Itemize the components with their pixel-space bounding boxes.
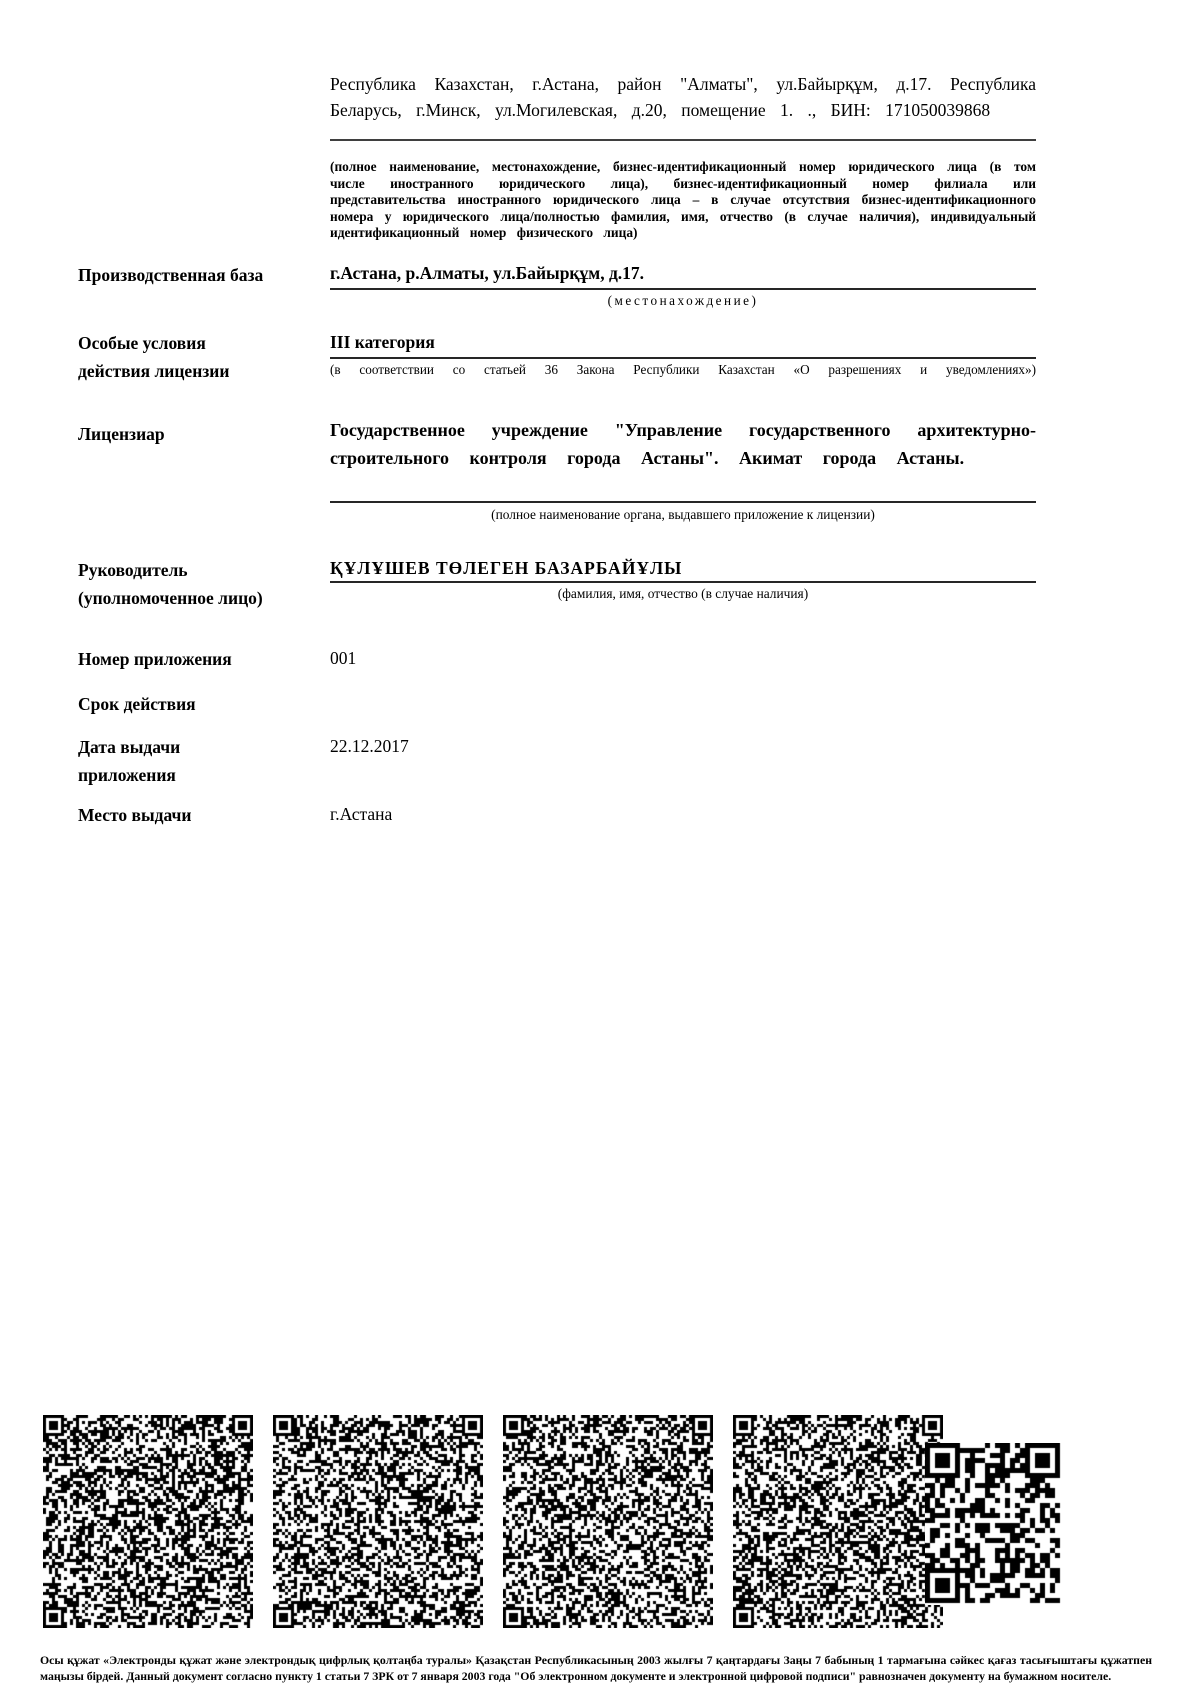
field-value-licensor: Государственное учреждение "Управление г… bbox=[330, 417, 1036, 472]
qr-code bbox=[925, 1443, 1062, 1605]
field-caption-location: (местонахождение) bbox=[330, 293, 1036, 309]
licensee-info-text: Республика Казахстан, г.Астана, район "А… bbox=[330, 71, 1036, 124]
datamatrix-barcode-1 bbox=[43, 1415, 253, 1628]
datamatrix-barcode-4 bbox=[733, 1415, 943, 1628]
field-caption-full-name: (фамилия, имя, отчество (в случае наличи… bbox=[330, 586, 1036, 602]
field-value-issue-place: г.Астана bbox=[330, 801, 1036, 827]
licensee-info-caption: (полное наименование, местонахождение, б… bbox=[330, 159, 1036, 241]
datamatrix-barcode-2 bbox=[273, 1415, 483, 1628]
field-label-validity-period: Срок действия bbox=[78, 690, 338, 718]
divider-line bbox=[330, 139, 1036, 141]
field-label-annex-number: Номер приложения bbox=[78, 645, 338, 673]
underline bbox=[330, 288, 1036, 290]
license-annex-page: Республика Казахстан, г.Астана, район "А… bbox=[0, 0, 1191, 1684]
field-caption-law-reference: (в соответствии со статьей 36 Закона Рес… bbox=[330, 362, 1036, 378]
field-value-category: III категория bbox=[330, 329, 1036, 355]
field-label-issue-place: Место выдачи bbox=[78, 801, 338, 829]
underline bbox=[330, 581, 1036, 583]
legal-notice: Осы құжат «Электронды құжат және электро… bbox=[40, 1653, 1152, 1684]
field-label-head: Руководитель (уполномоченное лицо) bbox=[78, 556, 313, 612]
field-value-head-name: ҚҰЛҰШЕВ ТӨЛЕГЕН БАЗАРБАЙҰЛЫ bbox=[330, 555, 1036, 581]
field-label-special-conditions: Особые условия действия лицензии bbox=[78, 329, 263, 385]
underline bbox=[330, 501, 1036, 503]
field-value-production-base: г.Астана, р.Алматы, ул.Байырқұм, д.17. bbox=[330, 260, 1036, 286]
field-caption-issuing-authority: (полное наименование органа, выдавшего п… bbox=[330, 507, 1036, 523]
field-label-production-base: Производственная база bbox=[78, 261, 338, 289]
underline bbox=[330, 357, 1036, 359]
field-value-issue-date: 22.12.2017 bbox=[330, 733, 1036, 759]
field-label-licensor: Лицензиар bbox=[78, 420, 338, 448]
field-value-annex-number: 001 bbox=[330, 645, 1036, 671]
field-label-issue-date: Дата выдачи приложения bbox=[78, 733, 228, 789]
datamatrix-barcode-3 bbox=[503, 1415, 713, 1628]
